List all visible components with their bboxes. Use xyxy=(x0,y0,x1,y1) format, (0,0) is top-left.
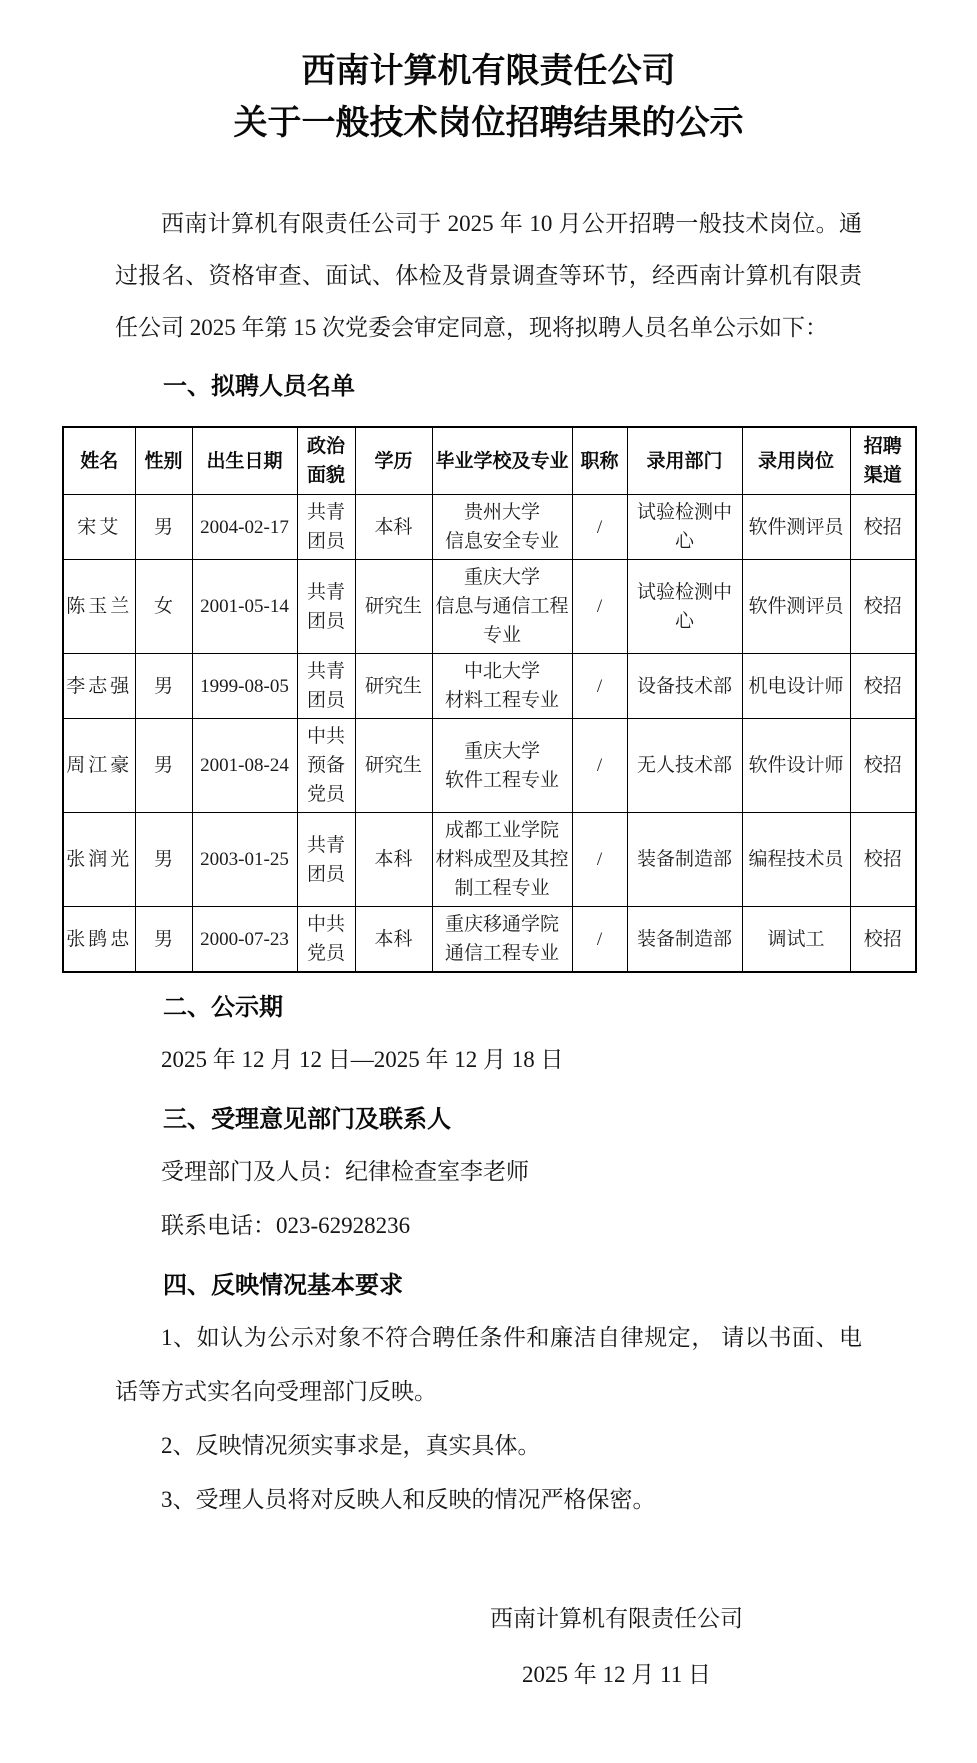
cell-recruit-channel: 校招 xyxy=(850,907,916,973)
requirement-item-3: 3、受理人员将对反映人和反映的情况严格保密。 xyxy=(115,1473,862,1527)
cell-position: 编程技术员 xyxy=(742,813,850,907)
cell-gender: 男 xyxy=(135,654,192,719)
document-title: 西南计算机有限责任公司 关于一般技术岗位招聘结果的公示 xyxy=(62,46,915,150)
column-header-school-major: 毕业学校及专业 xyxy=(432,427,572,495)
cell-recruit-channel: 校招 xyxy=(850,719,916,813)
cell-gender: 男 xyxy=(135,495,192,560)
cell-school-major: 重庆移通学院 通信工程专业 xyxy=(432,907,572,973)
cell-professional-title: / xyxy=(572,495,627,560)
cell-education: 本科 xyxy=(355,495,432,560)
cell-birth-date: 2001-05-14 xyxy=(192,560,297,654)
cell-department: 设备技术部 xyxy=(627,654,742,719)
cell-education: 研究生 xyxy=(355,560,432,654)
cell-birth-date: 2001-08-24 xyxy=(192,719,297,813)
cell-birth-date: 2004-02-17 xyxy=(192,495,297,560)
table-row: 陈玉兰女2001-05-14共青 团员研究生重庆大学 信息与通信工程 专业/试验… xyxy=(63,560,916,654)
cell-department: 装备制造部 xyxy=(627,813,742,907)
cell-position: 软件测评员 xyxy=(742,495,850,560)
cell-birth-date: 2003-01-25 xyxy=(192,813,297,907)
signature-date: 2025 年 12 月 11 日 xyxy=(490,1647,743,1703)
document-title-line2: 关于一般技术岗位招聘结果的公示 xyxy=(62,98,915,150)
hire-table-body: 宋艾男2004-02-17共青 团员本科贵州大学 信息安全专业/试验检测中心软件… xyxy=(63,495,916,973)
cell-name: 陈玉兰 xyxy=(63,560,135,654)
cell-education: 本科 xyxy=(355,907,432,973)
cell-school-major: 贵州大学 信息安全专业 xyxy=(432,495,572,560)
column-header-department: 录用部门 xyxy=(627,427,742,495)
contact-department-line: 受理部门及人员：纪律检查室李老师 xyxy=(115,1145,862,1199)
cell-department: 试验检测中心 xyxy=(627,560,742,654)
column-header-gender: 性别 xyxy=(135,427,192,495)
cell-school-major: 重庆大学 软件工程专业 xyxy=(432,719,572,813)
cell-professional-title: / xyxy=(572,560,627,654)
table-row: 张润光男2003-01-25共青 团员本科成都工业学院 材料成型及其控 制工程专… xyxy=(63,813,916,907)
cell-gender: 男 xyxy=(135,719,192,813)
table-header-row: 姓名性别出生日期政治 面貌学历毕业学校及专业职称录用部门录用岗位招聘 渠道 xyxy=(63,427,916,495)
cell-department: 无人技术部 xyxy=(627,719,742,813)
cell-birth-date: 2000-07-23 xyxy=(192,907,297,973)
column-header-birth-date: 出生日期 xyxy=(192,427,297,495)
cell-birth-date: 1999-08-05 xyxy=(192,654,297,719)
hire-table-head: 姓名性别出生日期政治 面貌学历毕业学校及专业职称录用部门录用岗位招聘 渠道 xyxy=(63,427,916,495)
section3-heading: 三、受理意见部门及联系人 xyxy=(115,1095,862,1145)
intro-paragraph: 西南计算机有限责任公司于 2025 年 10 月公开招聘一般技术岗位。通过报名、… xyxy=(115,198,862,354)
cell-political-status: 共青 团员 xyxy=(297,813,355,907)
cell-gender: 男 xyxy=(135,907,192,973)
cell-recruit-channel: 校招 xyxy=(850,654,916,719)
contact-phone-line: 联系电话：023-62928236 xyxy=(115,1199,862,1253)
signature-block: 西南计算机有限责任公司 2025 年 12 月 11 日 xyxy=(490,1591,743,1703)
cell-gender: 女 xyxy=(135,560,192,654)
column-header-name: 姓名 xyxy=(63,427,135,495)
table-row: 张鹍忠男2000-07-23中共 党员本科重庆移通学院 通信工程专业/装备制造部… xyxy=(63,907,916,973)
hire-list-table: 姓名性别出生日期政治 面貌学历毕业学校及专业职称录用部门录用岗位招聘 渠道 宋艾… xyxy=(62,426,917,973)
cell-name: 张鹍忠 xyxy=(63,907,135,973)
table-row: 李志强男1999-08-05共青 团员研究生中北大学 材料工程专业/设备技术部机… xyxy=(63,654,916,719)
document-page: 西南计算机有限责任公司 关于一般技术岗位招聘结果的公示 西南计算机有限责任公司于… xyxy=(0,0,977,1763)
cell-name: 张润光 xyxy=(63,813,135,907)
column-header-education: 学历 xyxy=(355,427,432,495)
cell-position: 机电设计师 xyxy=(742,654,850,719)
signature-company: 西南计算机有限责任公司 xyxy=(490,1591,743,1647)
cell-gender: 男 xyxy=(135,813,192,907)
cell-recruit-channel: 校招 xyxy=(850,813,916,907)
column-header-recruit-channel: 招聘 渠道 xyxy=(850,427,916,495)
cell-professional-title: / xyxy=(572,813,627,907)
column-header-position: 录用岗位 xyxy=(742,427,850,495)
column-header-professional-title: 职称 xyxy=(572,427,627,495)
cell-education: 研究生 xyxy=(355,654,432,719)
cell-school-major: 重庆大学 信息与通信工程 专业 xyxy=(432,560,572,654)
cell-political-status: 共青 团员 xyxy=(297,654,355,719)
section4-heading: 四、反映情况基本要求 xyxy=(115,1261,862,1311)
cell-name: 宋艾 xyxy=(63,495,135,560)
cell-political-status: 共青 团员 xyxy=(297,560,355,654)
requirement-item-1: 1、如认为公示对象不符合聘任条件和廉洁自律规定， 请以书面、电话等方式实名向受理… xyxy=(115,1311,862,1419)
cell-political-status: 中共 预备 党员 xyxy=(297,719,355,813)
requirement-item-2: 2、反映情况须实事求是，真实具体。 xyxy=(115,1419,862,1473)
cell-position: 软件设计师 xyxy=(742,719,850,813)
cell-school-major: 中北大学 材料工程专业 xyxy=(432,654,572,719)
section2-heading: 二、公示期 xyxy=(115,983,862,1033)
cell-position: 软件测评员 xyxy=(742,560,850,654)
table-row: 周江豪男2001-08-24中共 预备 党员研究生重庆大学 软件工程专业/无人技… xyxy=(63,719,916,813)
cell-professional-title: / xyxy=(572,719,627,813)
cell-political-status: 共青 团员 xyxy=(297,495,355,560)
cell-recruit-channel: 校招 xyxy=(850,560,916,654)
cell-education: 研究生 xyxy=(355,719,432,813)
cell-political-status: 中共 党员 xyxy=(297,907,355,973)
cell-school-major: 成都工业学院 材料成型及其控 制工程专业 xyxy=(432,813,572,907)
section1-heading: 一、拟聘人员名单 xyxy=(115,362,862,412)
cell-position: 调试工 xyxy=(742,907,850,973)
cell-name: 李志强 xyxy=(63,654,135,719)
cell-professional-title: / xyxy=(572,654,627,719)
cell-department: 试验检测中心 xyxy=(627,495,742,560)
cell-education: 本科 xyxy=(355,813,432,907)
cell-department: 装备制造部 xyxy=(627,907,742,973)
cell-name: 周江豪 xyxy=(63,719,135,813)
cell-recruit-channel: 校招 xyxy=(850,495,916,560)
cell-professional-title: / xyxy=(572,907,627,973)
table-row: 宋艾男2004-02-17共青 团员本科贵州大学 信息安全专业/试验检测中心软件… xyxy=(63,495,916,560)
document-title-line1: 西南计算机有限责任公司 xyxy=(62,46,915,98)
column-header-political-status: 政治 面貌 xyxy=(297,427,355,495)
publicity-period: 2025 年 12 月 12 日—2025 年 12 月 18 日 xyxy=(115,1033,862,1087)
